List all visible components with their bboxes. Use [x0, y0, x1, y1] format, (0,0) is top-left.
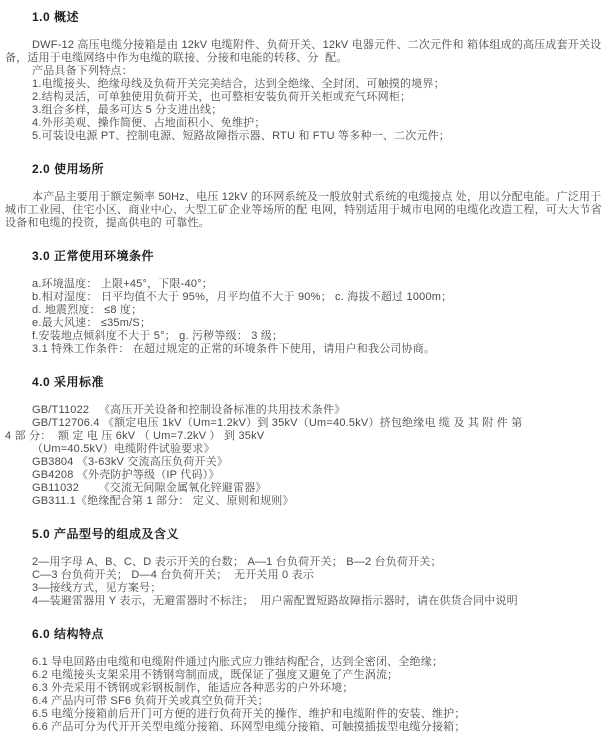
text-line: 4—装避雷器用 Y 表示，无避雷器时不标注； 用户需配置短路故障指示器时，请在供… — [32, 595, 607, 608]
text-line: d. 地震烈度： ≤8 度； — [32, 304, 607, 317]
section-heading: 5.0 产品型号的组成及含义 — [32, 527, 607, 542]
text-line: 6.4 产品内可带 SF6 负荷开关或真空负荷开关； — [32, 695, 607, 708]
section: 6.0 结构特点6.1 导电回路由电缆和电缆附件通过内胀式应力锥结构配合，达到全… — [5, 627, 607, 734]
text-line: f.安装地点倾斜度不大于 5°； g. 污秽等级： 3 级； — [32, 330, 607, 343]
text-line: 6.3 外壳采用不锈钢或彩钢板制作，能适应各种恶劣的户外环境； — [32, 682, 607, 695]
document-page: 1.0 概述DWF-12 高压电缆分接箱是由 12kV 电缆附件、负荷开关、12… — [0, 0, 613, 734]
text-line: 5.可装设电源 PT、控制电源、短路故障指示器、RTU 和 FTU 等多种一、二… — [32, 130, 607, 143]
text-line: GB/T11022 《高压开关设备和控制设备标准的共用技术条件》 — [32, 404, 607, 417]
text-line: GB/T12706.4 《额定电压 1kV（Um=1.2kV）到 35kV（Um… — [32, 417, 607, 430]
text-line: 产品具备下列特点： — [32, 65, 607, 78]
paragraph: 本产品主要用于额定频率 50Hz、电压 12kV 的环网系统及一般放射式系统的电… — [5, 191, 607, 230]
text-line: 3—接线方式，见方案号； — [32, 582, 607, 595]
text-line: 2—用字母 A、B、C、D 表示开关的台数； A—1 台负荷开关； B—2 台负… — [32, 556, 607, 569]
section-heading: 4.0 采用标准 — [32, 375, 607, 390]
text-line: 2.结构灵活，可单独使用负荷开关，也可整柜安装负荷开关柜或充气环网柜； — [32, 91, 607, 104]
text-line: GB3804 《3-63kV 交流高压负荷开关》 — [32, 456, 607, 469]
text-line: （Um=40.5kV）电缆附件试验要求》 — [32, 443, 607, 456]
section-heading: 1.0 概述 — [32, 10, 607, 25]
section: 3.0 正常使用环境条件a.环境温度： 上限+45°，下限-40°；b.相对湿度… — [5, 249, 607, 356]
text-line: a.环境温度： 上限+45°，下限-40°； — [32, 278, 607, 291]
text-line: e.最大风速： ≤35m/S； — [32, 317, 607, 330]
text-line: GB11032 《交流无间隙金属氧化锌避雷器》 — [32, 482, 607, 495]
section: 4.0 采用标准GB/T11022 《高压开关设备和控制设备标准的共用技术条件》… — [5, 375, 607, 508]
text-line: GB311.1《绝缘配合第 1 部分： 定义、原则和规则》 — [32, 495, 607, 508]
section-heading: 3.0 正常使用环境条件 — [32, 249, 607, 264]
text-line: 4.外形美观、操作简便、占地面积小、免维护； — [32, 117, 607, 130]
section: 2.0 使用场所本产品主要用于额定频率 50Hz、电压 12kV 的环网系统及一… — [5, 162, 607, 230]
text-line: 3.1 特殊工作条件： 在超过规定的正常的环境条件下使用，请用户和我公司协商。 — [32, 343, 607, 356]
text-line: C—3 台负荷开关； D—4 台负荷开关； 无开关用 0 表示 — [32, 569, 607, 582]
section: 5.0 产品型号的组成及含义2—用字母 A、B、C、D 表示开关的台数； A—1… — [5, 527, 607, 608]
text-line: GB4208 《外壳防护等级（IP 代码）》 — [32, 469, 607, 482]
text-line: 6.6 产品可分为代开开关型电缆分接箱、环网型电缆分接箱、可触摸插拔型电缆分接箱… — [32, 721, 607, 734]
text-line: 6.2 电缆接头支架采用不锈钢弯制而成，既保证了强度又避免了产生涡流； — [32, 669, 607, 682]
text-line: b.相对湿度： 日平均值不大于 95%，月平均值不大于 90%； c. 海拔不超… — [32, 291, 607, 304]
section-heading: 6.0 结构特点 — [32, 627, 607, 642]
section: 1.0 概述DWF-12 高压电缆分接箱是由 12kV 电缆附件、负荷开关、12… — [5, 10, 607, 143]
text-line: 6.1 导电回路由电缆和电缆附件通过内胀式应力锥结构配合，达到全密闭、全绝缘； — [32, 656, 607, 669]
paragraph: DWF-12 高压电缆分接箱是由 12kV 电缆附件、负荷开关、12kV 电器元… — [5, 39, 607, 65]
section-heading: 2.0 使用场所 — [32, 162, 607, 177]
text-line: 1.电缆接头、绝缘母线及负荷开关完美结合，达到全绝缘、全封闭、可触摸的境界； — [32, 78, 607, 91]
text-line: 3.组合多样，最多可达 5 分支进出线； — [32, 104, 607, 117]
text-line: 4 部 分： 额 定 电 压 6kV （ Um=7.2kV ） 到 35kV — [5, 430, 607, 443]
text-line: 6.5 电缆分接箱前后开门可方便的进行负荷开关的操作、维护和电缆附件的安装、维护… — [32, 708, 607, 721]
